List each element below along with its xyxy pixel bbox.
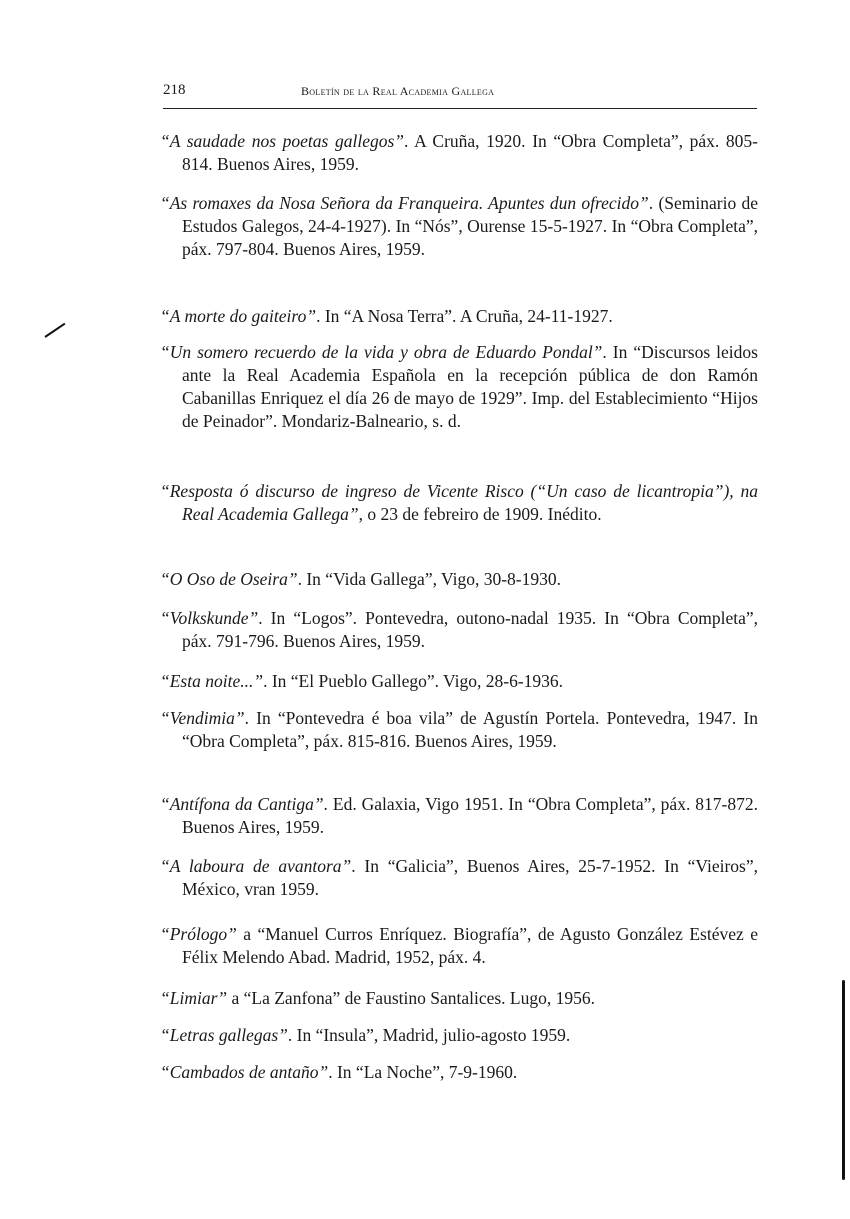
entry-title: “Volkskunde” xyxy=(160,608,258,628)
bibliography-entry: “Antífona da Cantiga”. Ed. Galaxia, Vigo… xyxy=(160,793,758,839)
bibliography-entry: “Prólogo” a “Manuel Curros Enríquez. Bio… xyxy=(160,923,758,969)
entry-title: “A laboura de avantora” xyxy=(160,856,351,876)
entry-title: “Un somero recuerdo de la vida y obra de… xyxy=(160,342,602,362)
bibliography-entry: “Cambados de antaño”. In “La Noche”, 7-9… xyxy=(160,1061,758,1084)
page-header: 218 Boletín de la Real Academia Gallega xyxy=(163,82,757,109)
bibliography-entry: “A saudade nos poetas gallegos”. A Cruña… xyxy=(160,130,758,176)
entry-title: “Vendimia” xyxy=(160,708,245,728)
entry-details: . In “A Nosa Terra”. A Cruña, 24-11-1927… xyxy=(316,306,613,326)
entry-details: . In “Pontevedra é boa vila” de Agustín … xyxy=(182,708,758,751)
bibliography-entry: “As romaxes da Nosa Señora da Franqueira… xyxy=(160,192,758,261)
scan-edge-line xyxy=(842,980,845,1180)
bibliography-entry: “Volkskunde”. In “Logos”. Pontevedra, ou… xyxy=(160,607,758,653)
bibliography-entry: “Limiar” a “La Zanfona” de Faustino Sant… xyxy=(160,987,758,1010)
bibliography-entry: “Esta noite...”. In “El Pueblo Gallego”.… xyxy=(160,670,758,693)
entry-title: “As romaxes da Nosa Señora da Franqueira… xyxy=(160,193,649,213)
entry-title: “Esta noite...” xyxy=(160,671,263,691)
entry-details: , o 23 de febreiro de 1909. Inédito. xyxy=(359,504,602,524)
entry-details: . In “El Pueblo Gallego”. Vigo, 28-6-193… xyxy=(263,671,563,691)
bibliography-entry: “Resposta ó discurso de ingreso de Vicen… xyxy=(160,480,758,526)
entry-details: . In “Insula”, Madrid, julio-agosto 1959… xyxy=(288,1025,570,1045)
bibliography-entry: “Letras gallegas”. In “Insula”, Madrid, … xyxy=(160,1024,758,1047)
entry-title: “O Oso de Oseira” xyxy=(160,569,298,589)
entry-details: a “La Zanfona” de Faustino Santalices. L… xyxy=(227,988,595,1008)
page-number: 218 xyxy=(163,82,186,99)
bibliography-entry: “A laboura de avantora”. In “Galicia”, B… xyxy=(160,855,758,901)
entry-details: a “Manuel Curros Enríquez. Biografía”, d… xyxy=(182,924,758,967)
entry-title: “Prólogo” xyxy=(160,924,237,944)
entry-title: “Cambados de antaño” xyxy=(160,1062,328,1082)
entry-title: “Antífona da Cantiga” xyxy=(160,794,324,814)
entry-title: “A morte do gaiteiro” xyxy=(160,306,316,326)
document-page: 218 Boletín de la Real Academia Gallega … xyxy=(0,0,850,1219)
bibliography-entry: “Vendimia”. In “Pontevedra é boa vila” d… xyxy=(160,707,758,753)
bibliography-entry: “A morte do gaiteiro”. In “A Nosa Terra”… xyxy=(160,305,758,328)
margin-pencil-mark xyxy=(44,323,65,338)
bibliography-entry: “Un somero recuerdo de la vida y obra de… xyxy=(160,341,758,433)
running-title: Boletín de la Real Academia Gallega xyxy=(301,84,494,99)
bibliography-entry: “O Oso de Oseira”. In “Vida Gallega”, Vi… xyxy=(160,568,758,591)
entry-title: “Limiar” xyxy=(160,988,227,1008)
entry-details: . In “Logos”. Pontevedra, outono-nadal 1… xyxy=(182,608,758,651)
entry-details: . In “Vida Gallega”, Vigo, 30-8-1930. xyxy=(298,569,561,589)
entry-title: “Letras gallegas” xyxy=(160,1025,288,1045)
entry-title: “A saudade nos poetas gallegos” xyxy=(160,131,404,151)
entry-details: . In “La Noche”, 7-9-1960. xyxy=(328,1062,517,1082)
